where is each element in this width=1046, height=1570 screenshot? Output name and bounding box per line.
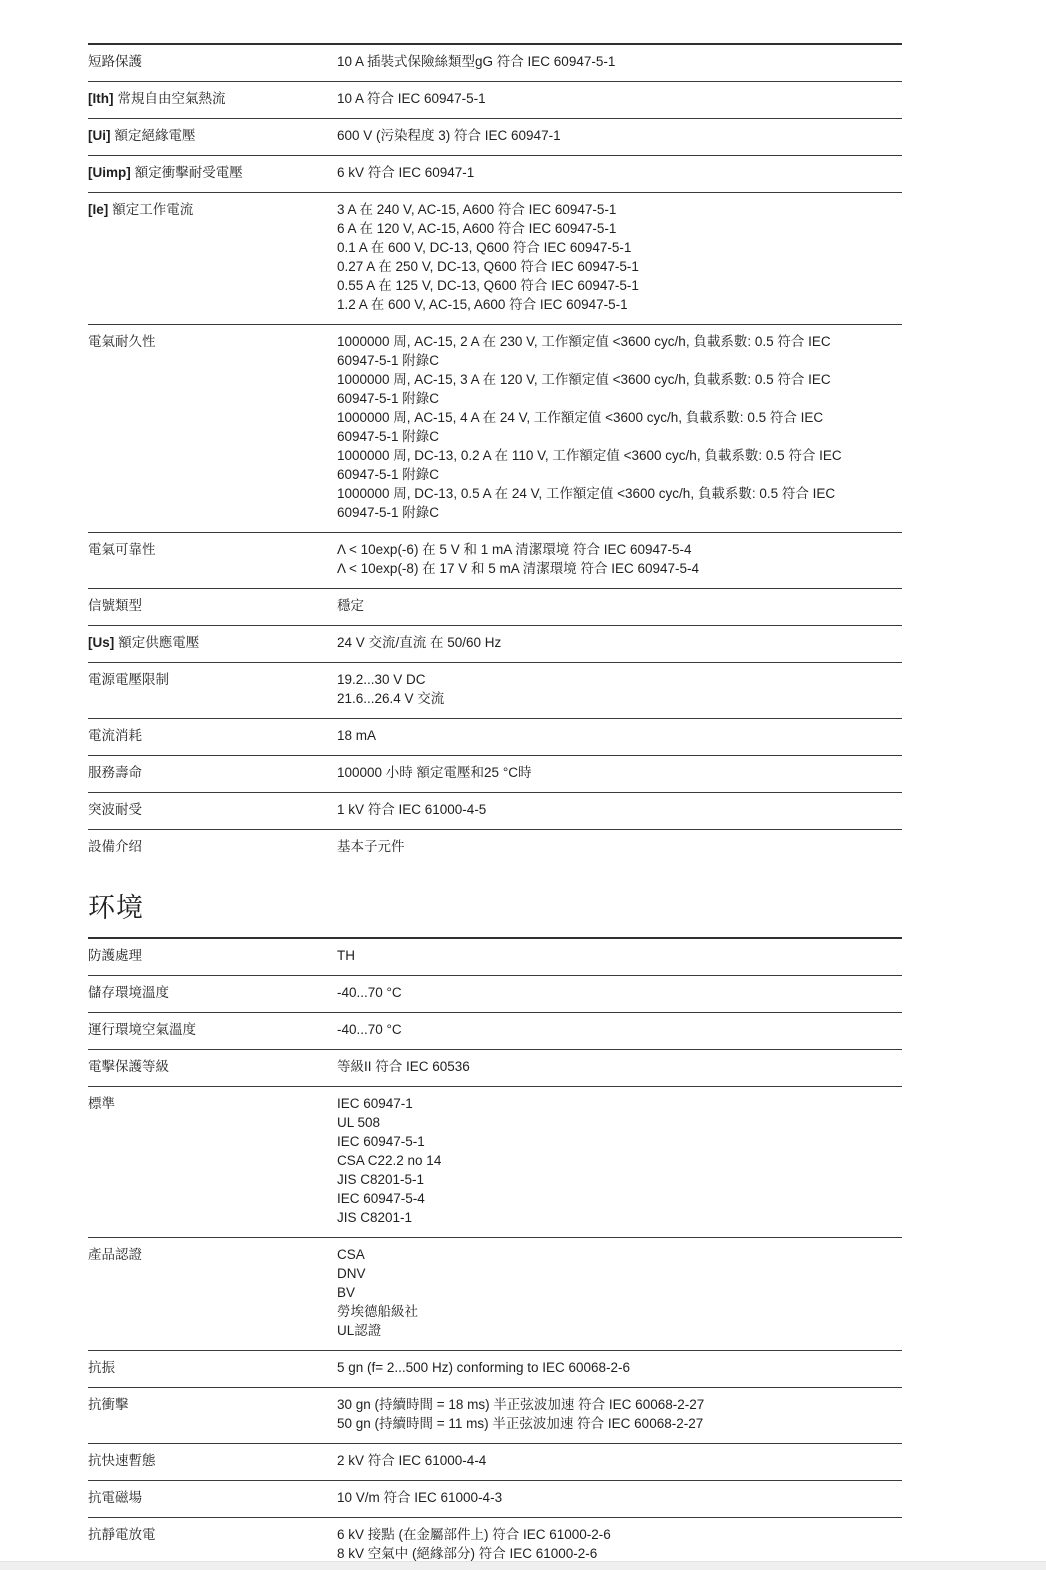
- spec-label-text: 額定供應電壓: [118, 635, 199, 650]
- spec-row: 信號類型 穩定: [88, 588, 902, 625]
- spec-label-text: 突波耐受: [88, 802, 142, 817]
- spec-row: 服務壽命 100000 小時 額定電壓和25 °C時: [88, 755, 902, 792]
- spec-row: [Us]額定供應電壓 24 V 交流/直流 在 50/60 Hz: [88, 625, 902, 662]
- spec-value: 600 V (污染程度 3) 符合 IEC 60947-1: [337, 126, 902, 145]
- spec-value: 10 A 插裝式保險絲類型gG 符合 IEC 60947-5-1: [337, 52, 902, 71]
- spec-label: 抗衝擊: [88, 1395, 337, 1414]
- spec-row: 電擊保護等級 等級II 符合 IEC 60536: [88, 1049, 902, 1086]
- spec-label-text: 抗振: [88, 1360, 115, 1375]
- page-edge-bar: [0, 1561, 1046, 1570]
- spec-label: 產品認證: [88, 1245, 337, 1264]
- spec-value: 6 kV 符合 IEC 60947-1: [337, 163, 902, 182]
- spec-label: [Ie]額定工作電流: [88, 200, 337, 219]
- spec-row: 抗振 5 gn (f= 2...500 Hz) conforming to IE…: [88, 1350, 902, 1387]
- spec-label: 信號類型: [88, 596, 337, 615]
- spec-label-code: [Ie]: [88, 202, 108, 217]
- spec-value: 2 kV 符合 IEC 61000-4-4: [337, 1451, 902, 1470]
- spec-label: [Us]額定供應電壓: [88, 633, 337, 652]
- spec-row: 短路保護 10 A 插裝式保險絲類型gG 符合 IEC 60947-5-1: [88, 43, 902, 81]
- spec-label: 服務壽命: [88, 763, 337, 782]
- spec-label-code: [Ith]: [88, 91, 113, 106]
- spec-value: -40...70 °C: [337, 983, 902, 1002]
- spec-label: 電氣可靠性: [88, 540, 337, 559]
- spec-label-text: 短路保護: [88, 54, 142, 69]
- spec-label-text: 抗靜電放電: [88, 1527, 156, 1542]
- spec-row: 電流消耗 18 mA: [88, 718, 902, 755]
- spec-row: 電氣耐久性 1000000 周, AC-15, 2 A 在 230 V, 工作額…: [88, 324, 902, 532]
- spec-row: [Ie]額定工作電流 3 A 在 240 V, AC-15, A600 符合 I…: [88, 192, 902, 324]
- spec-label-text: 電氣可靠性: [88, 542, 156, 557]
- spec-label: 抗電磁場: [88, 1488, 337, 1507]
- spec-value: 等級II 符合 IEC 60536: [337, 1057, 902, 1076]
- spec-label: 儲存環境溫度: [88, 983, 337, 1002]
- spec-label: 電流消耗: [88, 726, 337, 745]
- spec-label-text: 額定工作電流: [112, 202, 193, 217]
- spec-value: 100000 小時 額定電壓和25 °C時: [337, 763, 902, 782]
- electrical-spec-table: 短路保護 10 A 插裝式保險絲類型gG 符合 IEC 60947-5-1 [I…: [88, 43, 902, 866]
- spec-document: 短路保護 10 A 插裝式保險絲類型gG 符合 IEC 60947-5-1 [I…: [88, 0, 902, 1570]
- spec-label-text: 運行環境空氣溫度: [88, 1022, 196, 1037]
- spec-label: 短路保護: [88, 52, 337, 71]
- environment-spec-table: 防護處理 TH 儲存環境溫度 -40...70 °C 運行環境空氣溫度 -40.…: [88, 937, 902, 1570]
- spec-label: 抗振: [88, 1358, 337, 1377]
- spec-row: 電源電壓限制 19.2...30 V DC 21.6...26.4 V 交流: [88, 662, 902, 718]
- spec-value: 24 V 交流/直流 在 50/60 Hz: [337, 633, 902, 652]
- spec-row: 抗電磁場 10 V/m 符合 IEC 61000-4-3: [88, 1480, 902, 1517]
- spec-label-text: 儲存環境溫度: [88, 985, 169, 1000]
- spec-row: 產品認證 CSA DNV BV 勞埃德船級社 UL認證: [88, 1237, 902, 1350]
- spec-value: 1000000 周, AC-15, 2 A 在 230 V, 工作額定值 <36…: [337, 332, 902, 522]
- spec-label-text: 額定衝擊耐受電壓: [135, 165, 243, 180]
- spec-label: 抗快速暫態: [88, 1451, 337, 1470]
- spec-label-text: 常規自由空氣熱流: [117, 91, 225, 106]
- spec-row: 防護處理 TH: [88, 937, 902, 975]
- spec-row: 運行環境空氣溫度 -40...70 °C: [88, 1012, 902, 1049]
- spec-label-text: 額定絕緣電壓: [115, 128, 196, 143]
- spec-label-text: 設備介绍: [88, 839, 142, 854]
- spec-label-text: 信號類型: [88, 598, 142, 613]
- spec-label-text: 電擊保護等級: [88, 1059, 169, 1074]
- spec-label: 電擊保護等級: [88, 1057, 337, 1076]
- spec-label-text: 電流消耗: [88, 728, 142, 743]
- spec-label: 防護處理: [88, 946, 337, 965]
- spec-value: CSA DNV BV 勞埃德船級社 UL認證: [337, 1245, 902, 1340]
- spec-value: -40...70 °C: [337, 1020, 902, 1039]
- spec-label: 突波耐受: [88, 800, 337, 819]
- spec-value: 5 gn (f= 2...500 Hz) conforming to IEC 6…: [337, 1358, 902, 1377]
- spec-value: 3 A 在 240 V, AC-15, A600 符合 IEC 60947-5-…: [337, 200, 902, 314]
- spec-value: 10 A 符合 IEC 60947-5-1: [337, 89, 902, 108]
- spec-label: 抗靜電放電: [88, 1525, 337, 1544]
- spec-label-text: 抗快速暫態: [88, 1453, 156, 1468]
- spec-label-text: 電氣耐久性: [88, 334, 156, 349]
- spec-label-text: 抗電磁場: [88, 1490, 142, 1505]
- spec-row: [Ith]常規自由空氣熱流 10 A 符合 IEC 60947-5-1: [88, 81, 902, 118]
- spec-label: [Uimp]額定衝擊耐受電壓: [88, 163, 337, 182]
- spec-value: 穩定: [337, 596, 902, 615]
- spec-label-text: 服務壽命: [88, 765, 142, 780]
- spec-label-text: 產品認證: [88, 1247, 142, 1262]
- spec-value: 18 mA: [337, 726, 902, 745]
- spec-label-text: 標準: [88, 1096, 115, 1111]
- spec-label: 設備介绍: [88, 837, 337, 856]
- spec-label: 電源電壓限制: [88, 670, 337, 689]
- spec-value: 基本子元件: [337, 837, 902, 856]
- spec-label: 標準: [88, 1094, 337, 1113]
- spec-row: 抗衝擊 30 gn (持續時間 = 18 ms) 半正弦波加速 符合 IEC 6…: [88, 1387, 902, 1443]
- spec-value: 19.2...30 V DC 21.6...26.4 V 交流: [337, 670, 902, 708]
- spec-row: 標準 IEC 60947-1 UL 508 IEC 60947-5-1 CSA …: [88, 1086, 902, 1237]
- spec-label-code: [Ui]: [88, 128, 111, 143]
- spec-value: 1 kV 符合 IEC 61000-4-5: [337, 800, 902, 819]
- spec-label: [Ith]常規自由空氣熱流: [88, 89, 337, 108]
- spec-label: [Ui]額定絕緣電壓: [88, 126, 337, 145]
- spec-row: 抗快速暫態 2 kV 符合 IEC 61000-4-4: [88, 1443, 902, 1480]
- spec-value: TH: [337, 946, 902, 965]
- spec-row: 設備介绍 基本子元件: [88, 829, 902, 866]
- spec-row: 突波耐受 1 kV 符合 IEC 61000-4-5: [88, 792, 902, 829]
- spec-label: 運行環境空氣溫度: [88, 1020, 337, 1039]
- spec-label-code: [Us]: [88, 635, 114, 650]
- spec-row: [Uimp]額定衝擊耐受電壓 6 kV 符合 IEC 60947-1: [88, 155, 902, 192]
- spec-row: 儲存環境溫度 -40...70 °C: [88, 975, 902, 1012]
- spec-value: 10 V/m 符合 IEC 61000-4-3: [337, 1488, 902, 1507]
- spec-value: 6 kV 接點 (在金屬部件上) 符合 IEC 61000-2-6 8 kV 空…: [337, 1525, 902, 1563]
- environment-section-heading: 环境: [88, 892, 902, 924]
- spec-label-text: 防護處理: [88, 948, 142, 963]
- spec-label-code: [Uimp]: [88, 165, 131, 180]
- spec-label: 電氣耐久性: [88, 332, 337, 351]
- spec-row: [Ui]額定絕緣電壓 600 V (污染程度 3) 符合 IEC 60947-1: [88, 118, 902, 155]
- spec-label-text: 抗衝擊: [88, 1397, 129, 1412]
- spec-row: 電氣可靠性 Λ < 10exp(-6) 在 5 V 和 1 mA 清潔環境 符合…: [88, 532, 902, 588]
- spec-value: IEC 60947-1 UL 508 IEC 60947-5-1 CSA C22…: [337, 1094, 902, 1227]
- spec-label-text: 電源電壓限制: [88, 672, 169, 687]
- spec-value: Λ < 10exp(-6) 在 5 V 和 1 mA 清潔環境 符合 IEC 6…: [337, 540, 902, 578]
- spec-value: 30 gn (持續時間 = 18 ms) 半正弦波加速 符合 IEC 60068…: [337, 1395, 902, 1433]
